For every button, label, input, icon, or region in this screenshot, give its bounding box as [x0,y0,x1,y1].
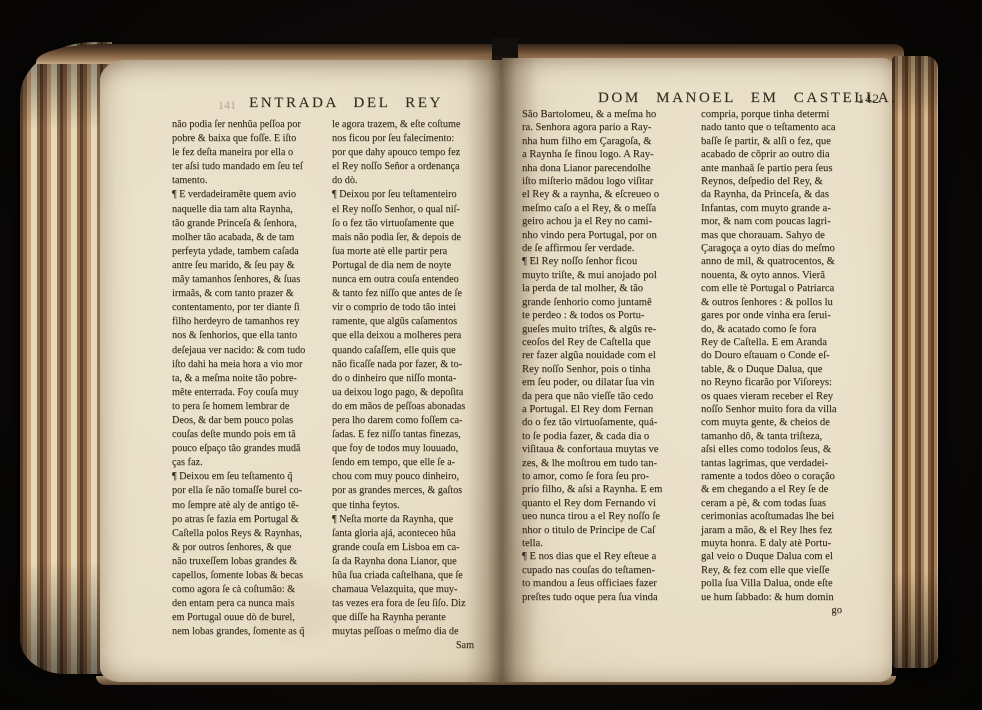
left-running-title: ENTRADA DEL REY [249,95,443,111]
right-page-column-1: São Bartolomeu, & a meſma ho ra. Senhora… [522,108,687,617]
left-catchword: Sam [332,639,480,653]
left-page: 141 ENTRADA DEL REY não podia ſer nenhũa… [100,60,502,682]
right-page: DOM MANOEL EM CASTELLA. 142 São Bartolom… [502,58,892,682]
right-catchword: go [701,604,866,617]
right-running-title: DOM MANOEL EM CASTELLA. [598,90,898,107]
open-book: 141 ENTRADA DEL REY não podia ſer nenhũa… [0,0,982,710]
page-edges-left [20,42,112,674]
left-page-column-1: não podia ſer nenhũa peſſoa por pobre & … [172,118,320,654]
left-text-block: não podia ſer nenhũa peſſoa por pobre & … [172,118,480,654]
right-page-header: DOM MANOEL EM CASTELLA. 142 [502,90,892,108]
right-page-column-2-wrap: compria, porque tinha determi nado tanto… [701,108,866,617]
page-edges-right [892,56,938,668]
right-text-block: São Bartolomeu, & a meſma ho ra. Senhora… [522,108,866,617]
left-page-column-2: le agora trazem, & eſte coſtume nos fico… [332,118,480,639]
photo-background: 141 ENTRADA DEL REY não podia ſer nenhũa… [0,0,982,710]
right-page-column-2: compria, porque tinha determi nado tanto… [701,108,866,604]
right-folio: 142 [858,91,881,107]
left-page-header: ENTRADA DEL REY [198,94,494,112]
left-page-column-2-wrap: le agora trazem, & eſte coſtume nos fico… [332,118,480,654]
